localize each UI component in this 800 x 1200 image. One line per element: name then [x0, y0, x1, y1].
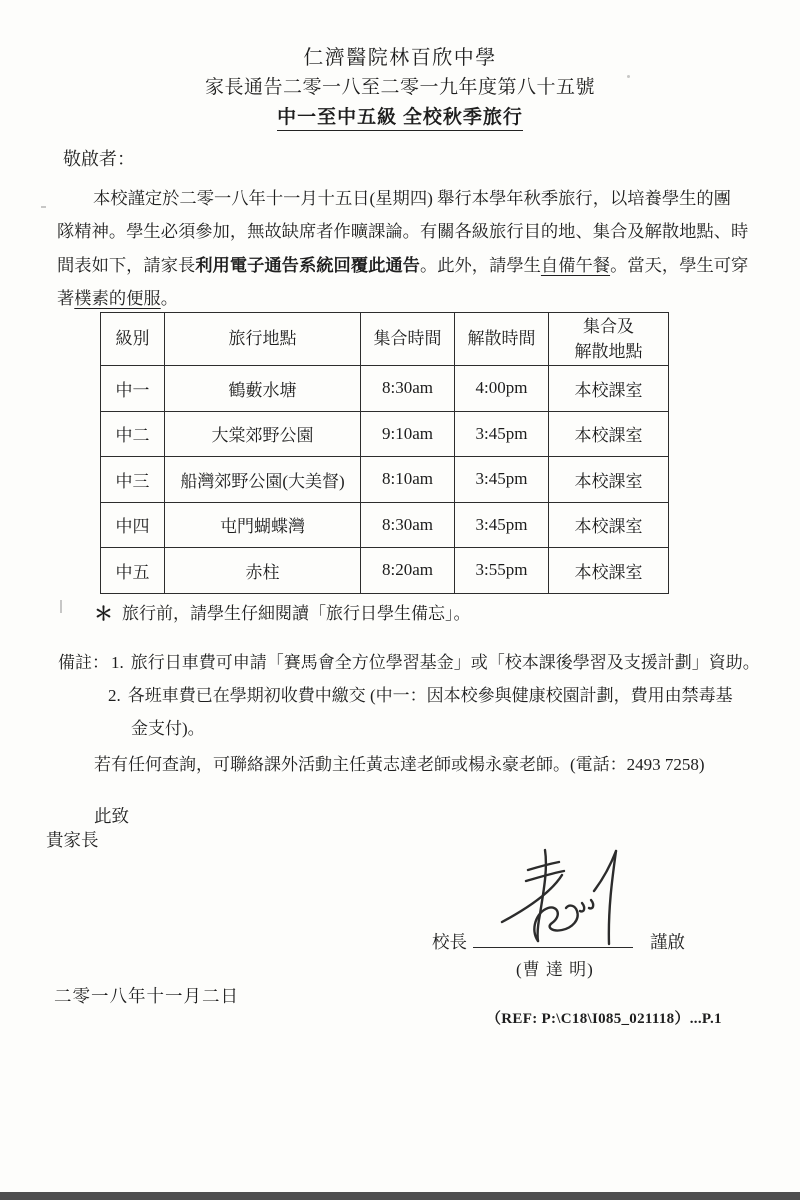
table-cell: 鶴藪水塘: [165, 366, 361, 412]
paragraph-text: 。: [161, 289, 178, 308]
table-cell: 8:30am: [361, 502, 455, 548]
scanned-notice-page: 仁濟醫院林百欣中學 家長通告二零一八至二零一九年度第八十五號 中一至中五級 全校…: [0, 0, 800, 1200]
table-cell: 8:20am: [361, 548, 455, 594]
table-header-row: 級別旅行地點集合時間解散時間集合及 解散地點: [101, 313, 669, 366]
paragraph-line: 著樸素的便服。: [57, 282, 757, 315]
notice-number: 家長通告二零一八至二零一九年度第八十五號: [0, 72, 800, 99]
notice-subject: 中一至中五級 全校秋季旅行: [0, 102, 800, 129]
remarks-label: 備註：: [58, 653, 109, 672]
contact-line: 若有任何查詢，可聯絡課外活動主任黃志達老師或楊永豪老師。(電話：2493 725…: [94, 750, 705, 775]
paragraph-line: 間表如下，請家長利用電子通告系統回覆此通告。此外，請學生自備午餐。當天，學生可穿: [57, 249, 757, 282]
valediction: 此致: [94, 803, 129, 828]
table-cell: 中四: [101, 502, 165, 548]
paragraph-text: 。當天，學生可穿: [610, 256, 748, 275]
table-row: 中三船灣郊野公園(大美督)8:10am3:45pm本校課室: [101, 457, 669, 503]
remark-text: 各班車費已在學期初收費中繳交 (中一：因本校參與健康校園計劃，費用由禁毒基: [128, 686, 733, 705]
table-cell: 本校課室: [549, 457, 669, 503]
table-cell: 赤柱: [165, 548, 361, 594]
table-cell: 8:30am: [361, 366, 455, 412]
table-cell: 屯門蝴蝶灣: [165, 502, 361, 548]
principal-sign-line: 校長謹啟: [432, 929, 685, 954]
table-cell: 本校課室: [549, 502, 669, 548]
table-cell: 本校課室: [549, 548, 669, 594]
remarks-section: 備註：1.旅行日車費可申請「賽馬會全方位學習基金」或「校本課後學習及支援計劃」資…: [58, 646, 760, 745]
remark-number: 1.: [111, 653, 124, 672]
table-cell: 中一: [101, 366, 165, 412]
salutation: 敬啟者：: [63, 145, 135, 171]
paragraph-text: 隊精神。學生必須參加，無故缺席者作曠課論。有關各級旅行目的地、集合及解散地點、時: [57, 222, 748, 241]
paragraph-text: 間表如下，請家長: [57, 256, 195, 275]
reference-number: （REF: P:\C18\I085_021118）...P.1: [486, 1007, 722, 1028]
table-header-cell: 級別: [101, 313, 165, 366]
body-paragraph: 本校謹定於二零一八年十一月十五日(星期四) 舉行本學年秋季旅行，以培養學生的團隊…: [57, 182, 757, 316]
table-row: 中二大棠郊野公園9:10am3:45pm本校課室: [101, 411, 669, 457]
principal-role-label: 校長: [432, 932, 467, 952]
star-note: ＊旅行前，請學生仔細閱讀「旅行日學生備忘」。: [94, 599, 471, 626]
table-cell: 中三: [101, 457, 165, 503]
remark-text: 金支付)。: [131, 719, 205, 738]
scan-artifact: [60, 600, 62, 613]
scan-edge-bar: [0, 1192, 800, 1200]
table-cell: 本校課室: [549, 366, 669, 412]
paragraph-text: 本校謹定於二零一八年十一月十五日(星期四) 舉行本學年秋季旅行，以培養學生的團: [93, 189, 731, 208]
star-note-text: 旅行前，請學生仔細閱讀「旅行日學生備忘」。: [122, 604, 471, 623]
table-header-cell: 解散時間: [455, 313, 549, 366]
table-cell: 3:45pm: [455, 502, 549, 548]
paragraph-text: 樸素的便服: [74, 289, 160, 308]
table-cell: 9:10am: [361, 411, 455, 457]
paragraph-text: 著: [57, 289, 74, 308]
table-cell: 中二: [101, 411, 165, 457]
table-cell: 大棠郊野公園: [165, 411, 361, 457]
scan-artifact: [41, 206, 46, 208]
asterisk-marker: ＊: [94, 604, 113, 625]
sign-off-label: 謹啟: [650, 932, 685, 952]
table-header-cell: 旅行地點: [165, 313, 361, 366]
school-name: 仁濟醫院林百欣中學: [0, 41, 800, 70]
remark-line: 備註：1.旅行日車費可申請「賽馬會全方位學習基金」或「校本課後學習及支援計劃」資…: [58, 646, 760, 679]
scan-artifact: [627, 75, 630, 78]
signature-underline: [473, 934, 633, 948]
table-row: 中五赤柱8:20am3:55pm本校課室: [101, 548, 669, 594]
table-cell: 4:00pm: [455, 366, 549, 412]
trip-schedule-table: 級別旅行地點集合時間解散時間集合及 解散地點中一鶴藪水塘8:30am4:00pm…: [100, 312, 669, 594]
table-cell: 3:45pm: [455, 411, 549, 457]
paragraph-line: 本校謹定於二零一八年十一月十五日(星期四) 舉行本學年秋季旅行，以培養學生的團: [57, 182, 757, 215]
issue-date: 二零一八年十一月二日: [54, 983, 239, 1008]
paragraph-text: 。此外，請學生: [420, 256, 541, 275]
principal-name: (曹 達 明): [516, 955, 594, 980]
paragraph-line: 隊精神。學生必須參加，無故缺席者作曠課論。有關各級旅行目的地、集合及解散地點、時: [57, 215, 757, 248]
table-cell: 3:55pm: [455, 548, 549, 594]
paragraph-text: 自備午餐: [541, 256, 610, 275]
table-cell: 本校課室: [549, 411, 669, 457]
remark-line: 金支付)。: [58, 712, 760, 745]
paragraph-text: 利用電子通告系統回覆此通告: [195, 256, 420, 275]
table-header-cell: 集合及 解散地點: [549, 313, 669, 366]
remark-line: 2.各班車費已在學期初收費中繳交 (中一：因本校參與健康校園計劃，費用由禁毒基: [58, 679, 760, 712]
table-cell: 中五: [101, 548, 165, 594]
table-header-cell: 集合時間: [361, 313, 455, 366]
table-cell: 船灣郊野公園(大美督): [165, 457, 361, 503]
remark-text: 旅行日車費可申請「賽馬會全方位學習基金」或「校本課後學習及支援計劃」資助。: [131, 653, 760, 672]
table-row: 中一鶴藪水塘8:30am4:00pm本校課室: [101, 366, 669, 412]
table-cell: 8:10am: [361, 457, 455, 503]
remark-number: 2.: [108, 686, 121, 705]
table-cell: 3:45pm: [455, 457, 549, 503]
recipient: 貴家長: [46, 827, 99, 852]
table-row: 中四屯門蝴蝶灣8:30am3:45pm本校課室: [101, 502, 669, 548]
